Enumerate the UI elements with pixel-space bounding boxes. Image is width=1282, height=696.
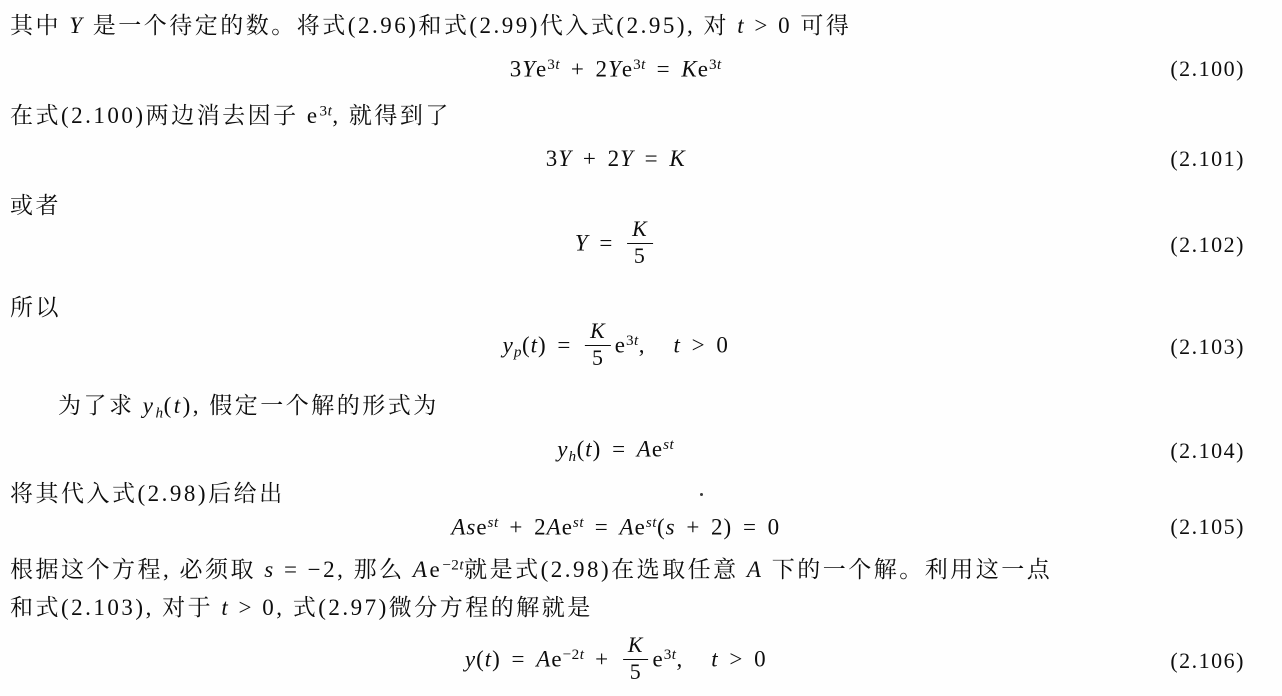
math-variable: Y — [608, 56, 622, 81]
equation-body: yp(t) = K5e3t,t > 0 — [503, 322, 729, 372]
math-roman: 将其代入式(2.98)后给出 — [10, 481, 285, 506]
text-content: 在式(2.100)两边消去因子 e3t, 就得到了 — [10, 97, 451, 130]
math-roman: 是一个待定的数。将式(2.96)和式(2.99)代入式(2.95), 对 — [85, 13, 738, 38]
math-roman: + 2 — [560, 56, 608, 81]
para-line-8: 和式(2.103), 对于 t > 0, 式(2.97)微分方程的解就是 — [10, 590, 1272, 620]
math-roman: e — [536, 56, 547, 81]
fraction-numerator: K — [623, 634, 649, 660]
scan-speck — [700, 493, 703, 496]
math-roman: e — [622, 56, 633, 81]
math-variable: Y — [575, 230, 589, 255]
para-line-2: 在式(2.100)两边消去因子 e3t, 就得到了 — [10, 98, 1272, 128]
math-roman: 在式(2.100)两边消去因子 — [10, 103, 307, 128]
math-variable: K — [669, 146, 685, 171]
math-roman: e — [307, 103, 320, 128]
math-roman: 5 — [630, 660, 642, 684]
math-variable: t — [174, 393, 183, 418]
equation-number: (2.104) — [1170, 438, 1245, 464]
math-variable: y — [143, 393, 156, 418]
math-variable: s — [666, 514, 676, 539]
math-roman: ) = — [492, 646, 536, 671]
fraction-denominator: 5 — [592, 346, 604, 371]
math-roman: 5 — [592, 346, 604, 370]
math-variable: Y — [620, 146, 634, 171]
math-roman: e — [652, 646, 663, 671]
math-roman: + 2) = 0 — [676, 514, 781, 539]
math-roman: ( — [522, 332, 531, 357]
math-variable: K — [681, 56, 697, 81]
equation-number: (2.101) — [1170, 146, 1245, 172]
math-roman: > 0 — [719, 646, 767, 671]
math-variable: st — [646, 514, 657, 531]
math-roman: −2 — [563, 646, 580, 663]
math-roman: ( — [657, 514, 666, 539]
math-roman: 根据这个方程, 必须取 — [10, 557, 264, 582]
para-line-7: 根据这个方程, 必须取 s = −2, 那么 Ae−2t就是式(2.98)在选取… — [10, 552, 1272, 582]
fraction-numerator: K — [627, 218, 653, 244]
math-roman: > 0, 式(2.97)微分方程的解就是 — [230, 595, 593, 620]
page-content: 其中 Y 是一个待定的数。将式(2.96)和式(2.99)代入式(2.95), … — [10, 8, 1272, 688]
fraction: K5 — [623, 634, 649, 684]
math-variable: y — [503, 332, 514, 357]
math-roman: e — [562, 514, 573, 539]
math-variable: A — [413, 557, 430, 582]
superscript: −2t — [563, 646, 585, 663]
equation-body: 3Y + 2Y = K — [546, 146, 686, 172]
math-variable: A — [747, 557, 764, 582]
math-roman: > 0 — [681, 332, 729, 357]
superscript: 3t — [664, 646, 677, 663]
math-variable: K — [632, 217, 648, 241]
math-roman: = — [634, 146, 669, 171]
math-variable: Y — [558, 146, 572, 171]
math-variable: As — [451, 514, 476, 539]
math-roman: ), 假定一个解的形式为 — [183, 393, 439, 418]
math-variable: K — [590, 319, 606, 343]
math-variable: A — [547, 514, 562, 539]
math-roman: 就是式(2.98)在选取任意 — [464, 557, 747, 582]
math-roman: 或者 — [10, 193, 61, 218]
text-content: 其中 Y 是一个待定的数。将式(2.96)和式(2.99)代入式(2.95), … — [10, 7, 851, 40]
math-roman: e — [635, 514, 646, 539]
math-variable: y — [557, 437, 568, 462]
math-roman: + 2 — [572, 146, 620, 171]
superscript: st — [573, 514, 584, 531]
math-variable: Y — [69, 13, 84, 38]
equation-number: (2.100) — [1170, 56, 1245, 82]
text-content: 所以 — [10, 289, 61, 322]
math-roman: e — [429, 557, 442, 582]
math-roman: 和式(2.103), 对于 — [10, 595, 221, 620]
math-roman: e — [652, 437, 663, 462]
equation-body: yh(t) = Aest — [557, 436, 674, 466]
superscript: −2t — [442, 556, 464, 573]
math-roman: e — [698, 56, 709, 81]
math-roman: 所以 — [10, 295, 61, 320]
math-roman: 3 — [547, 56, 555, 73]
math-roman: 为了求 — [58, 393, 143, 418]
equation-number: (2.103) — [1170, 334, 1245, 360]
text-content: 为了求 yh(t), 假定一个解的形式为 — [10, 387, 439, 422]
equation-body: y(t) = Ae−2t + K5e3t,t > 0 — [465, 636, 767, 686]
equation-number: (2.106) — [1170, 648, 1245, 674]
math-variable: t — [737, 13, 746, 38]
math-variable: A — [637, 437, 652, 462]
math-roman: , 就得到了 — [332, 103, 451, 128]
equation-body: 3Ye3t + 2Ye3t = Ke3t — [510, 56, 722, 83]
text-content: 根据这个方程, 必须取 s = −2, 那么 Ae−2t就是式(2.98)在选取… — [10, 551, 1052, 584]
para-line-4: 所以 — [10, 290, 1272, 320]
equation-2-102: Y = K5(2.102) — [10, 218, 1272, 272]
math-roman: 3 — [546, 146, 559, 171]
math-variable: A — [620, 514, 635, 539]
math-variable: t — [717, 56, 722, 73]
equation-2-106: y(t) = Ae−2t + K5e3t,t > 0(2.106) — [10, 634, 1272, 688]
math-roman: 3 — [510, 56, 523, 81]
equation-2-105: Asest + 2Aest = Aest(s + 2) = 0(2.105) — [10, 510, 1272, 544]
superscript: 3t — [626, 332, 639, 349]
para-line-3: 或者 — [10, 188, 1272, 218]
text-content: 或者 — [10, 187, 61, 220]
math-roman: + — [584, 646, 619, 671]
equation-2-101: 3Y + 2Y = K(2.101) — [10, 142, 1272, 176]
equation-2-104: yh(t) = Aest(2.104) — [10, 434, 1272, 468]
math-roman: > 0 可得 — [746, 13, 851, 38]
scanned-textbook-page: 其中 Y 是一个待定的数。将式(2.96)和式(2.99)代入式(2.95), … — [0, 0, 1282, 696]
subscript: h — [155, 405, 163, 422]
superscript: 3t — [547, 56, 560, 73]
math-roman: ) = — [538, 332, 582, 357]
math-variable: st — [573, 514, 584, 531]
math-roman: = — [646, 56, 681, 81]
superscript: 3t — [633, 56, 646, 73]
math-roman: −2 — [442, 556, 459, 573]
math-roman: = −2, 那么 — [276, 557, 413, 582]
equation-body: Y = K5 — [575, 220, 657, 270]
math-roman: 3 — [320, 102, 328, 119]
superscript: st — [646, 514, 657, 531]
fraction-numerator: K — [585, 320, 611, 346]
math-variable: t — [221, 595, 230, 620]
para-line-1: 其中 Y 是一个待定的数。将式(2.96)和式(2.99)代入式(2.95), … — [10, 8, 1272, 38]
math-roman: e — [615, 332, 626, 357]
equation-number: (2.102) — [1170, 232, 1245, 258]
math-variable: st — [488, 514, 499, 531]
math-roman: e — [476, 514, 487, 539]
math-variable: A — [536, 646, 551, 671]
math-variable: K — [628, 633, 644, 657]
math-variable: y — [465, 646, 476, 671]
para-line-5: 为了求 yh(t), 假定一个解的形式为 — [10, 390, 1272, 420]
equation-body: Asest + 2Aest = Aest(s + 2) = 0 — [451, 514, 780, 541]
math-roman: ) = — [593, 437, 637, 462]
math-roman: ( — [476, 646, 485, 671]
math-roman: + 2 — [499, 514, 547, 539]
math-roman: e — [551, 646, 562, 671]
math-roman: = — [589, 230, 624, 255]
math-roman: , — [639, 332, 646, 357]
para-line-6: 将其代入式(2.98)后给出 — [10, 476, 1272, 506]
math-roman: 3 — [664, 646, 672, 663]
math-roman: ( — [164, 393, 174, 418]
fraction-denominator: 5 — [630, 660, 642, 685]
math-roman: 5 — [634, 244, 646, 268]
text-content: 和式(2.103), 对于 t > 0, 式(2.97)微分方程的解就是 — [10, 589, 593, 622]
superscript: 3t — [709, 56, 722, 73]
math-roman: , — [677, 646, 684, 671]
equation-2-100: 3Ye3t + 2Ye3t = Ke3t(2.100) — [10, 52, 1272, 86]
equation-number: (2.105) — [1170, 514, 1245, 540]
equation-2-103: yp(t) = K5e3t,t > 0(2.103) — [10, 320, 1272, 374]
math-variable: Y — [522, 56, 536, 81]
fraction: K5 — [627, 218, 653, 268]
fraction: K5 — [585, 320, 611, 370]
fraction-denominator: 5 — [634, 244, 646, 269]
math-variable: s — [264, 557, 275, 582]
superscript: st — [663, 436, 674, 453]
math-variable: t — [711, 646, 718, 671]
superscript: st — [488, 514, 499, 531]
math-roman: ( — [577, 437, 586, 462]
math-roman: = — [584, 514, 619, 539]
math-roman: 其中 — [10, 13, 69, 38]
math-variable: h — [155, 405, 163, 422]
math-variable: st — [663, 436, 674, 453]
math-roman: 下的一个解。利用这一点 — [763, 557, 1052, 582]
superscript: 3t — [320, 102, 333, 119]
text-content: 将其代入式(2.98)后给出 — [10, 475, 285, 508]
